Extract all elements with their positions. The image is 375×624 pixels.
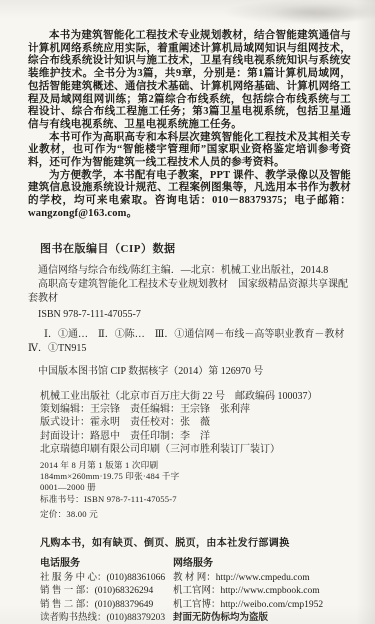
anti-piracy-notice: 封面无防伪标均为盗版 bbox=[173, 612, 361, 624]
sales-dept1-phone: 销 售 一 部：(010)68326294 bbox=[40, 585, 173, 599]
print-run-line: 0001—2000 册 bbox=[40, 482, 353, 493]
official-site-url: http://www.cmpbook.com bbox=[221, 586, 320, 596]
intro-paragraph-3: 为方便教学，本书配有电子教案，PPT 课件、教学录像以及智能建筑信息设施系统设计… bbox=[28, 170, 351, 221]
staff-line-layout: 版式设计：霍永明 责任校对：张 薇 bbox=[40, 416, 353, 429]
service-center-phone: 社 服 务 中 心：(010)88361066 bbox=[40, 572, 173, 586]
official-site-label: 机工官网： bbox=[173, 586, 221, 596]
print-format-line: 184mm×260mm·19.75 印张·484 千字 bbox=[40, 471, 353, 482]
cip-series-line-1: 高职高专建筑智能化工程技术专业规划教材 国家级精品资源共享课配 bbox=[38, 278, 353, 292]
scan-artifact bbox=[273, 4, 369, 24]
textbook-site-label: 教 材 网： bbox=[173, 573, 216, 583]
textbook-site-url: http://www.cmpedu.com bbox=[216, 573, 310, 583]
replacement-notice: 凡购本书，如有缺页、倒页、脱页，由本社发行部调换 bbox=[40, 534, 361, 549]
service-footer: 凡购本书，如有缺页、倒页、脱页，由本社发行部调换 电话服务 网络服务 社 服 务… bbox=[40, 534, 361, 624]
cip-record-number: 中国版本图书馆 CIP 数据核字（2014）第 126970 号 bbox=[38, 365, 353, 379]
service-row: 读者购书热线：(010)88379203 封面无防伪标均为盗版 bbox=[40, 612, 361, 624]
cip-classification-line-1: Ⅰ．①通… Ⅱ．①陈… Ⅲ．①通信网－布线－高等职业教育－教材 bbox=[44, 328, 353, 342]
book-intro-block: 本书为建筑智能化工程技术专业规划教材，结合智能建筑通信与计算机网络系统应用实际，… bbox=[28, 30, 351, 221]
weibo-label: 机工官博： bbox=[173, 600, 221, 610]
network-service-header: 网络服务 bbox=[173, 554, 361, 569]
cip-series-line-2: 套教材 bbox=[28, 292, 353, 306]
cip-classification-line-2: Ⅳ．①TN915 bbox=[28, 342, 353, 356]
cip-isbn: ISBN 978-7-111-47055-7 bbox=[38, 308, 353, 322]
official-site-link: 机工官网：http://www.cmpbook.com bbox=[173, 585, 361, 599]
phone-service-header: 电话服务 bbox=[40, 554, 173, 569]
printer-line: 北京瑞德印刷有限公司印刷（三河市胜利装订厂装订） bbox=[40, 443, 353, 456]
reader-hotline-phone: 读者购书热线：(010)88379203 bbox=[40, 612, 173, 624]
weibo-link: 机工官博：http://weibo.com/cmp1952 bbox=[173, 599, 361, 613]
service-row: 销 售 二 部：(010)88379649 机工官博：http://weibo.… bbox=[40, 599, 361, 613]
cip-header: 图书在版编目（CIP）数据 bbox=[40, 242, 353, 256]
publisher-address: 机械工业出版社（北京市百万庄大街 22 号 邮政编码 100037） bbox=[40, 390, 353, 403]
intro-paragraph-2: 本书可作为高职高专和本科层次建筑智能化工程技术及其相关专业教材，也可作为“智能楼… bbox=[28, 132, 351, 170]
service-row: 销 售 一 部：(010)68326294 机工官网：http://www.cm… bbox=[40, 585, 361, 599]
cip-data-block: 图书在版编目（CIP）数据 通信网络与综合布线/陈红主编．—北京：机械工业出版社… bbox=[28, 242, 353, 379]
publisher-block: 机械工业出版社（北京市百万庄大街 22 号 邮政编码 100037） 策划编辑：… bbox=[40, 390, 353, 521]
print-info-block: 2014 年 8 月第 1 版第 1 次印刷 184mm×260mm·19.75… bbox=[40, 460, 353, 521]
print-edition-line: 2014 年 8 月第 1 版第 1 次印刷 bbox=[40, 460, 353, 471]
standard-isbn-line: 标准书号：ISBN 978-7-111-47055-7 bbox=[40, 494, 353, 505]
price-line: 定价：38.00 元 bbox=[40, 509, 353, 520]
weibo-url: http://weibo.com/cmp1952 bbox=[221, 600, 324, 610]
service-headers-row: 电话服务 网络服务 bbox=[40, 554, 361, 569]
textbook-site-link: 教 材 网：http://www.cmpedu.com bbox=[173, 572, 361, 586]
staff-line-editors: 策划编辑：王宗锋 责任编辑：王宗锋 张利萍 bbox=[40, 403, 353, 416]
cip-title-line: 通信网络与综合布线/陈红主编．—北京：机械工业出版社，2014.8 bbox=[38, 264, 353, 278]
staff-line-cover: 封面设计：路恩中 责任印制：李 洋 bbox=[40, 430, 353, 443]
service-row: 社 服 务 中 心：(010)88361066 教 材 网：http://www… bbox=[40, 572, 361, 586]
copyright-page: 本书为建筑智能化工程技术专业规划教材，结合智能建筑通信与计算机网络系统应用实际，… bbox=[0, 0, 375, 624]
intro-paragraph-1: 本书为建筑智能化工程技术专业规划教材，结合智能建筑通信与计算机网络系统应用实际，… bbox=[28, 30, 351, 132]
sales-dept2-phone: 销 售 二 部：(010)88379649 bbox=[40, 599, 173, 613]
